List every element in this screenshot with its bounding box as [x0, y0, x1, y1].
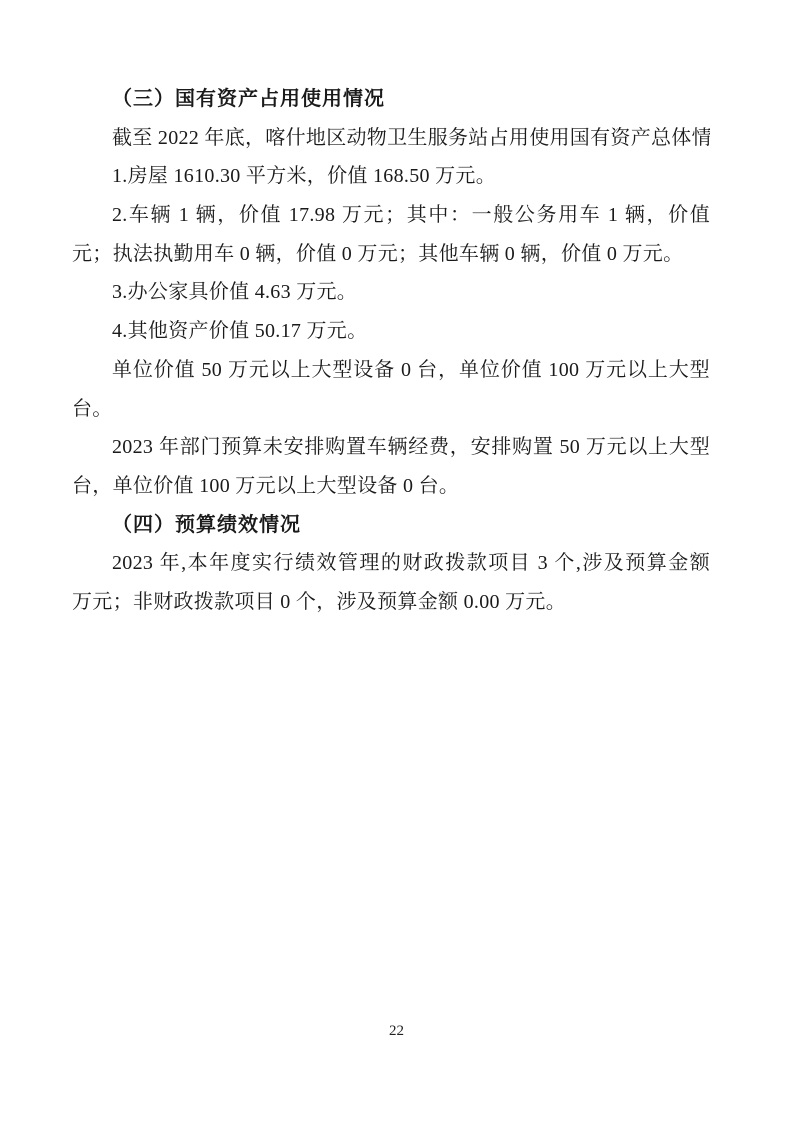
text-line: 台。 [72, 390, 710, 429]
text-line: 万元；非财政拨款项目 0 个，涉及预算金额 0.00 万元。 [72, 583, 710, 622]
text-line: 台，单位价值 100 万元以上大型设备 0 台。 [72, 467, 710, 506]
text-line: 元；执法执勤用车 0 辆，价值 0 万元；其他车辆 0 辆，价值 0 万元。 [72, 235, 710, 274]
text-line: 2.车辆 1 辆，价值 17.98 万元；其中：一般公务用车 1 辆，价值 17… [72, 196, 710, 235]
section-heading: （四）预算绩效情况 [72, 506, 710, 545]
section-heading: （三）国有资产占用使用情况 [72, 80, 710, 119]
text-line: 4.其他资产价值 50.17 万元。 [72, 312, 710, 351]
text-line: 单位价值 50 万元以上大型设备 0 台，单位价值 100 万元以上大型设备 0 [72, 351, 710, 390]
document-page: （三）国有资产占用使用情况截至 2022 年底，喀什地区动物卫生服务站占用使用国… [0, 0, 793, 1122]
document-content: （三）国有资产占用使用情况截至 2022 年底，喀什地区动物卫生服务站占用使用国… [72, 80, 710, 622]
text-line: 1.房屋 1610.30 平方米，价值 168.50 万元。 [72, 157, 710, 196]
text-line: 3.办公家具价值 4.63 万元。 [72, 273, 710, 312]
text-line: 2023 年,本年度实行绩效管理的财政拨款项目 3 个,涉及预算金额 184.9… [72, 544, 710, 583]
text-line: 截至 2022 年底，喀什地区动物卫生服务站占用使用国有资产总体情况为 [72, 119, 710, 158]
page-number: 22 [0, 1022, 793, 1040]
text-line: 2023 年部门预算未安排购置车辆经费，安排购置 50 万元以上大型设备 0 [72, 428, 710, 467]
